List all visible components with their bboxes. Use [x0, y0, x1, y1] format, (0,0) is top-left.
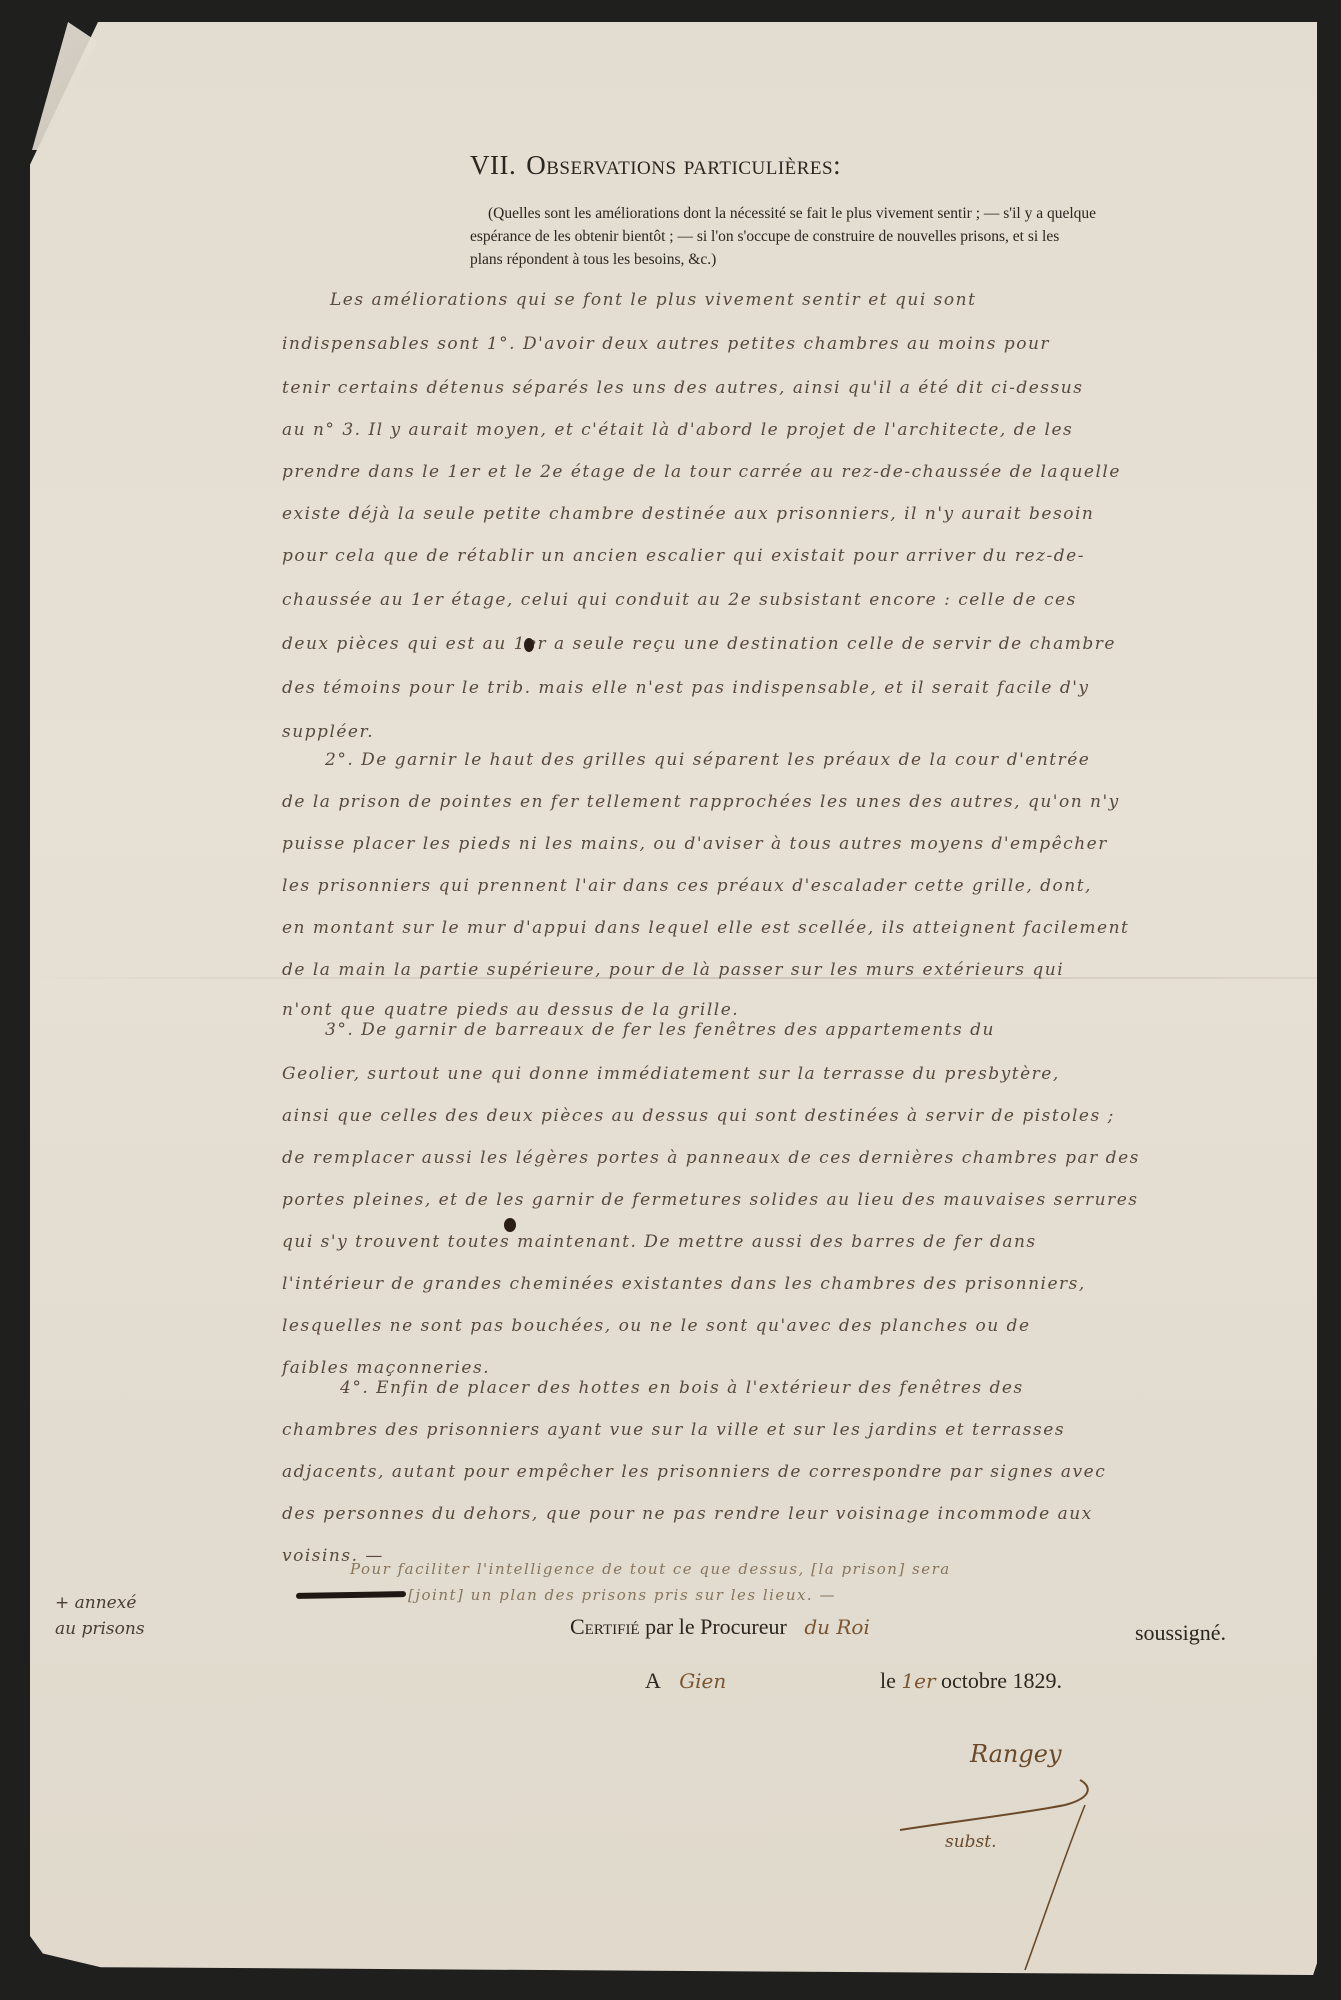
section-number: VII.: [470, 150, 516, 180]
ink-spot: [504, 1218, 516, 1232]
question-line: espérance de les obtenir bientôt ; — si …: [470, 225, 1270, 248]
question-line: (Quelles sont les améliorations dont la …: [470, 202, 1270, 225]
handwritten-line: l'intérieur de grandes cheminées existan…: [282, 1274, 1086, 1294]
margin-note: + annexé au prisons: [55, 1590, 145, 1642]
procureur-title: du Roi: [804, 1615, 870, 1639]
ink-spot: [524, 638, 534, 652]
signature-flourish-icon: [895, 1745, 1115, 1985]
margin-note-line: au prisons: [55, 1616, 145, 1642]
handwritten-line: des témoins pour le trib. mais elle n'es…: [282, 678, 1090, 698]
handwritten-line: n'ont que quatre pieds au dessus de la g…: [282, 1000, 739, 1020]
date-day: 1er: [901, 1669, 935, 1693]
handwritten-line: ainsi que celles des deux pièces au dess…: [282, 1106, 1115, 1126]
handwritten-line: puisse placer les pieds ni les mains, ou…: [282, 834, 1108, 854]
handwritten-line: tenir certains détenus séparés les uns d…: [282, 378, 1083, 398]
certified-text: par le Procureur: [645, 1614, 787, 1639]
handwritten-line: faibles maçonneries.: [282, 1358, 490, 1378]
handwritten-line: 4°. Enfin de placer des hottes en bois à…: [340, 1378, 1024, 1398]
place-date-line: A Gien le 1er octobre 1829.: [645, 1668, 726, 1694]
handwritten-line: existe déjà la seule petite chambre dest…: [282, 504, 1094, 524]
handwritten-line: qui s'y trouvent toutes maintenant. De m…: [282, 1232, 1037, 1252]
handwritten-line: 3°. De garnir de barreaux de fer les fen…: [325, 1020, 995, 1040]
handwritten-line: de la main la partie supérieure, pour de…: [282, 960, 1064, 980]
handwritten-line: adjacents, autant pour empêcher les pris…: [282, 1462, 1106, 1482]
handwritten-line: prendre dans le 1er et le 2e étage de la…: [282, 462, 1121, 482]
handwritten-line: pour cela que de rétablir un ancien esca…: [282, 546, 1085, 566]
handwritten-line: Pour faciliter l'intelligence de tout ce…: [350, 1560, 951, 1578]
undersigned-label: soussigné.: [1135, 1620, 1226, 1646]
place-name: Gien: [679, 1669, 726, 1693]
handwritten-line: au n° 3. Il y aurait moyen, et c'était l…: [282, 420, 1073, 440]
handwritten-line: 2°. De garnir le haut des grilles qui sé…: [325, 750, 1090, 770]
question-line: plans répondent à tous les besoins, &c.): [470, 248, 1270, 271]
handwritten-line: suppléer.: [282, 722, 374, 742]
handwritten-line: [joint] un plan des prisons pris sur les…: [408, 1586, 836, 1604]
date-prefix: le: [880, 1668, 896, 1693]
handwritten-line: lesquelles ne sont pas bouchées, ou ne l…: [282, 1316, 1031, 1336]
place-prefix: A: [645, 1668, 660, 1693]
section-heading: VII.Observations particulières:: [470, 150, 841, 181]
section-title: Observations particulières:: [526, 150, 841, 180]
handwritten-line: des personnes du dehors, que pour ne pas…: [282, 1504, 1093, 1524]
handwritten-line: les prisonniers qui prennent l'air dans …: [282, 876, 1092, 896]
handwritten-line: chaussée au 1er étage, celui qui conduit…: [282, 590, 1077, 610]
date-month-year: octobre 1829.: [941, 1668, 1062, 1693]
handwritten-line: de la prison de pointes en fer tellement…: [282, 792, 1120, 812]
handwritten-line: chambres des prisonniers ayant vue sur l…: [282, 1420, 1065, 1440]
margin-note-line: + annexé: [55, 1590, 145, 1616]
handwritten-line: deux pièces qui est au 1er a seule reçu …: [282, 634, 1116, 654]
printed-question: (Quelles sont les améliorations dont la …: [470, 202, 1270, 271]
certified-label: Certifié: [570, 1614, 640, 1639]
handwritten-line: portes pleines, et de les garnir de ferm…: [282, 1190, 1139, 1210]
handwritten-line: Les améliorations qui se font le plus vi…: [330, 290, 976, 310]
handwritten-line: en montant sur le mur d'appui dans leque…: [282, 918, 1129, 938]
handwritten-line: de remplacer aussi les légères portes à …: [282, 1148, 1140, 1168]
certification-line: Certifié par le Procureur du Roi: [570, 1614, 870, 1640]
handwritten-line: Geolier, surtout une qui donne immédiate…: [282, 1064, 1060, 1084]
handwritten-line: indispensables sont 1°. D'avoir deux aut…: [282, 334, 1050, 354]
